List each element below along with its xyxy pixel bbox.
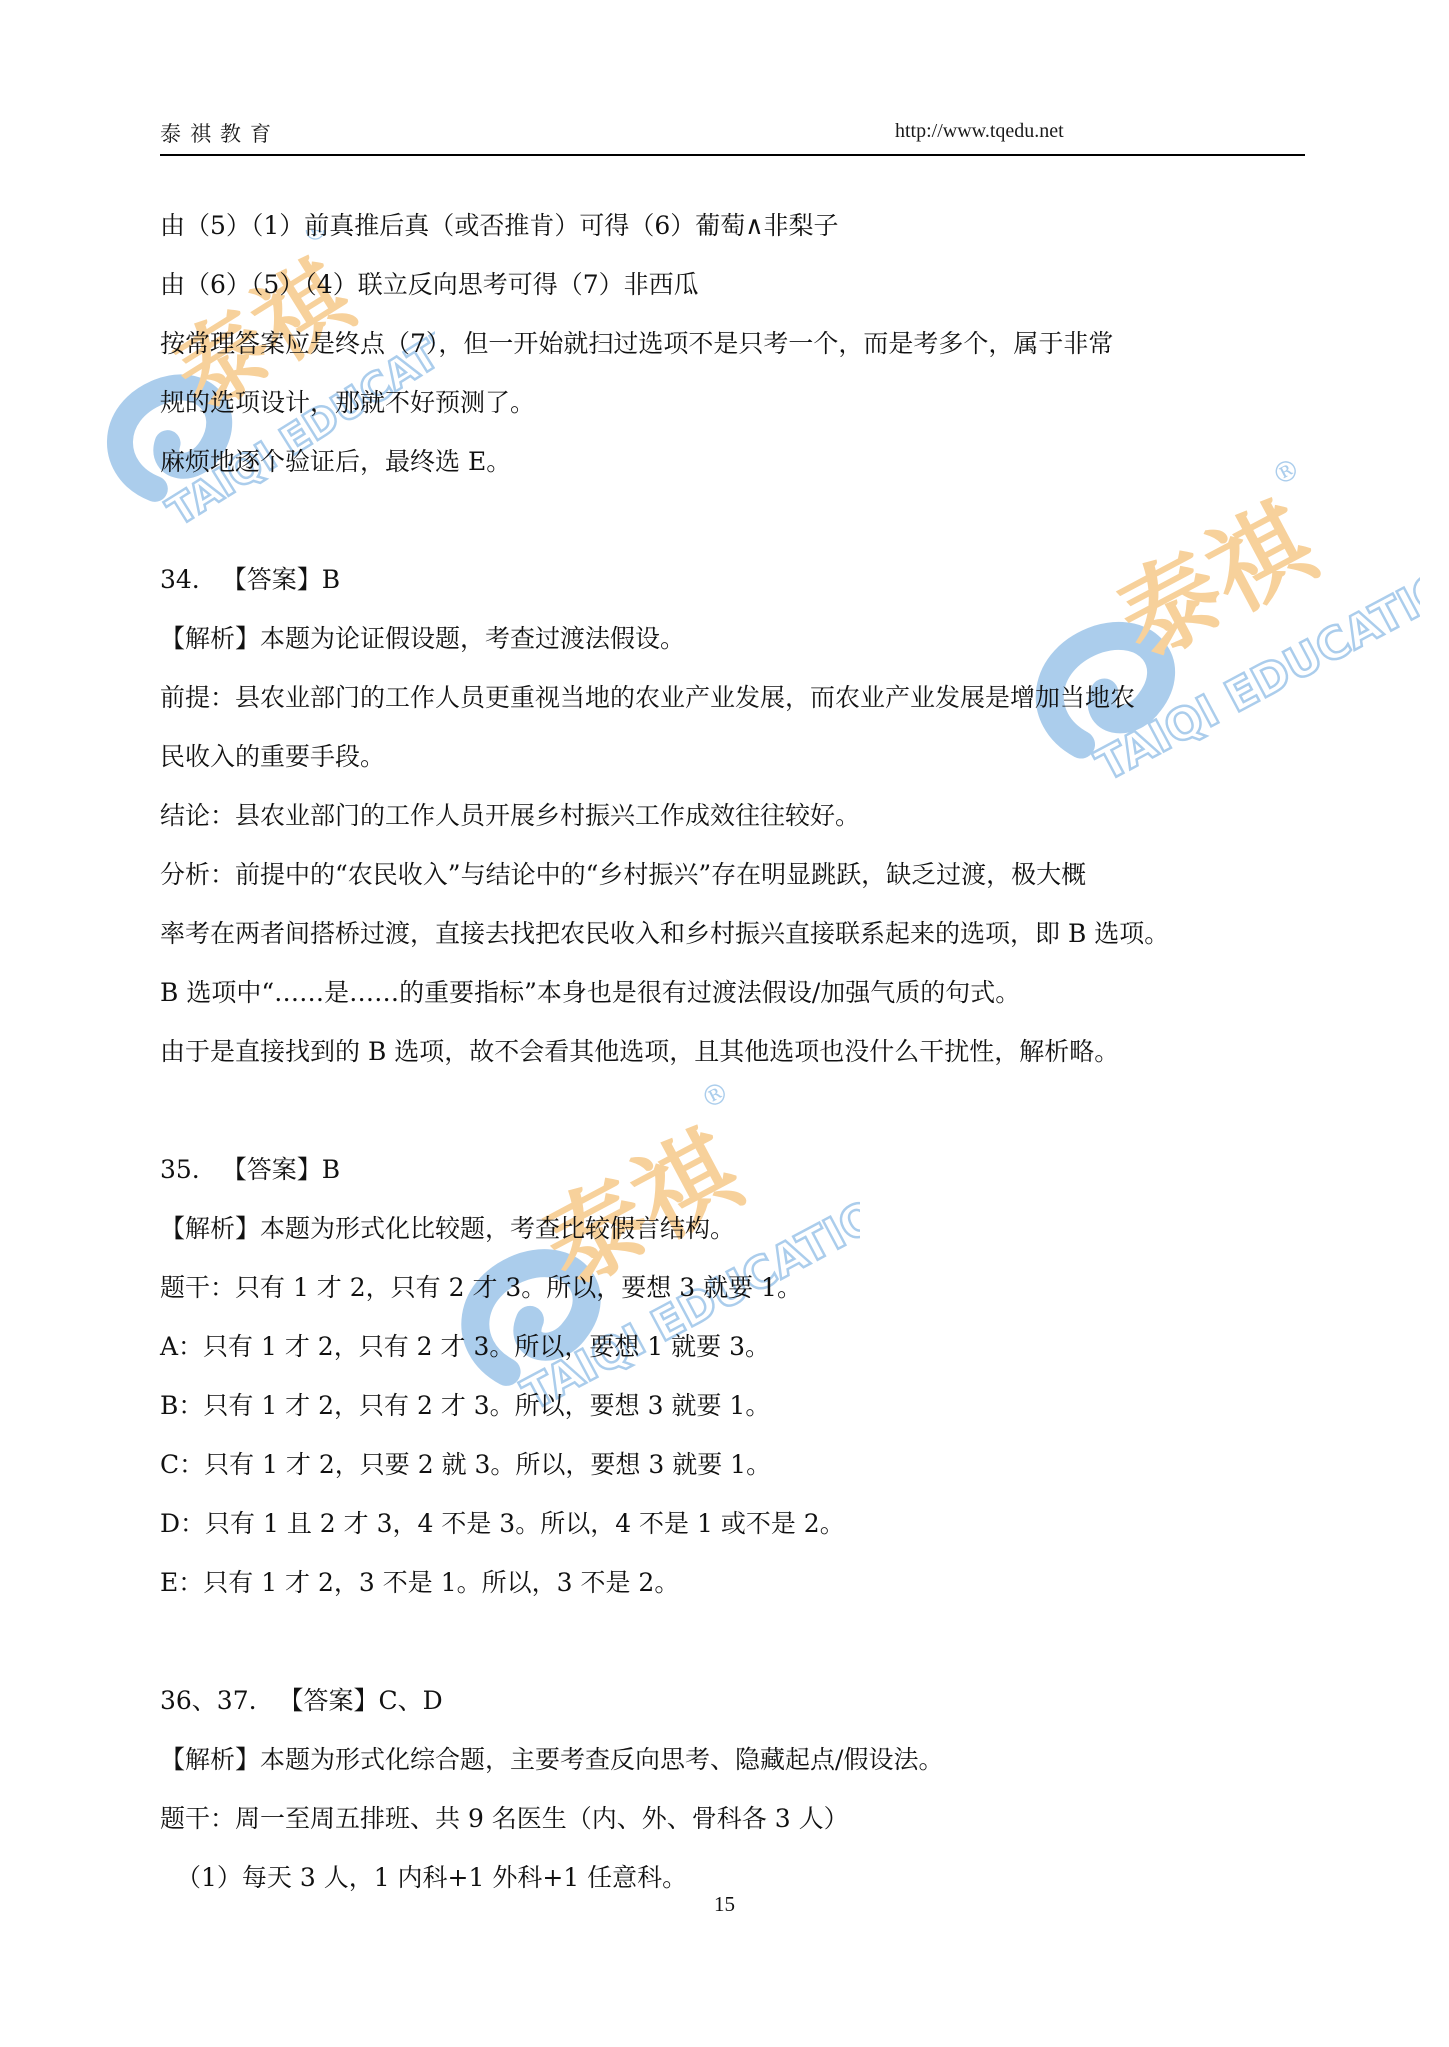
paragraph-line: 结论：县农业部门的工作人员开展乡村振兴工作成效往往较好。 bbox=[160, 786, 1310, 845]
analysis-line: 【解析】本题为论证假设题，考查过渡法假设。 bbox=[160, 609, 1310, 668]
option-e: E：只有 1 才 2，3 不是 1。所以，3 不是 2。 bbox=[160, 1553, 1310, 1612]
answer-label: 【答案】 bbox=[279, 1686, 379, 1715]
paragraph-line: 规的选项设计，那就不好预测了。 bbox=[160, 373, 1310, 432]
paragraph-line: 分析：前提中的“农民收入”与结论中的“乡村振兴”存在明显跳跃，缺乏过渡，极大概 bbox=[160, 845, 1310, 904]
analysis-line: 【解析】本题为形式化比较题，考查比较假言结构。 bbox=[160, 1199, 1310, 1258]
option-b: B：只有 1 才 2，只有 2 才 3。所以，要想 3 就要 1。 bbox=[160, 1376, 1310, 1435]
paragraph-line: 由（6）（5）（4）联立反向思考可得（7）非西瓜 bbox=[160, 255, 1310, 314]
stem-line: 题干：只有 1 才 2，只有 2 才 3。所以，要想 3 就要 1。 bbox=[160, 1258, 1310, 1317]
header-url[interactable]: http://www.tqedu.net bbox=[895, 120, 1064, 143]
paragraph-line: B 选项中“……是……的重要指标”本身也是很有过渡法假设/加强气质的句式。 bbox=[160, 963, 1310, 1022]
stem-line: 题干：周一至周五排班、共 9 名医生（内、外、骨科各 3 人） bbox=[160, 1789, 1310, 1848]
answer-line: 35. 【答案】B bbox=[160, 1140, 1310, 1199]
page-number: 15 bbox=[0, 1892, 1449, 1917]
analysis-label: 【解析】 bbox=[160, 1214, 260, 1243]
analysis-text: 本题为形式化综合题，主要考查反向思考、隐藏起点/假设法。 bbox=[260, 1745, 943, 1774]
option-c: C：只有 1 才 2，只要 2 就 3。所以，要想 3 就要 1。 bbox=[160, 1435, 1310, 1494]
analysis-line: 【解析】本题为形式化综合题，主要考查反向思考、隐藏起点/假设法。 bbox=[160, 1730, 1310, 1789]
answer-label: 【答案】 bbox=[222, 565, 322, 594]
analysis-text: 本题为论证假设题，考查过渡法假设。 bbox=[260, 624, 685, 653]
paragraph-line: 民收入的重要手段。 bbox=[160, 727, 1310, 786]
answer-value: B bbox=[322, 1155, 340, 1184]
question-number: 36、37. bbox=[160, 1686, 257, 1715]
answer-value: B bbox=[322, 565, 340, 594]
paragraph-line: 由（5）（1）前真推后真（或否推肯）可得（6）葡萄∧非梨子 bbox=[160, 196, 1310, 255]
header-org-name: 泰祺教育 bbox=[160, 118, 280, 148]
answer-line: 36、37. 【答案】C、D bbox=[160, 1671, 1310, 1730]
answer-line: 34. 【答案】B bbox=[160, 550, 1310, 609]
analysis-label: 【解析】 bbox=[160, 624, 260, 653]
paragraph-line: 麻烦地逐个验证后，最终选 E。 bbox=[160, 432, 1310, 491]
section-q34: 34. 【答案】B 【解析】本题为论证假设题，考查过渡法假设。 前提：县农业部门… bbox=[160, 550, 1310, 1081]
paragraph-line: 按常理答案应是终点（7），但一开始就扫过选项不是只考一个，而是考多个，属于非常 bbox=[160, 314, 1310, 373]
section-q36-37: 36、37. 【答案】C、D 【解析】本题为形式化综合题，主要考查反向思考、隐藏… bbox=[160, 1671, 1310, 1907]
paragraph-line: 率考在两者间搭桥过渡，直接去找把农民收入和乡村振兴直接联系起来的选项，即 B 选… bbox=[160, 904, 1310, 963]
question-number: 35. bbox=[160, 1155, 200, 1184]
paragraph-line: 由于是直接找到的 B 选项，故不会看其他选项，且其他选项也没什么干扰性，解析略。 bbox=[160, 1022, 1310, 1081]
section-gap bbox=[160, 491, 1310, 550]
answer-label: 【答案】 bbox=[222, 1155, 322, 1184]
section-gap bbox=[160, 1612, 1310, 1671]
option-d: D：只有 1 且 2 才 3，4 不是 3。所以，4 不是 1 或不是 2。 bbox=[160, 1494, 1310, 1553]
section-q35: 35. 【答案】B 【解析】本题为形式化比较题，考查比较假言结构。 题干：只有 … bbox=[160, 1140, 1310, 1612]
question-number: 34. bbox=[160, 565, 200, 594]
page-header: 泰祺教育 http://www.tqedu.net bbox=[160, 118, 1305, 158]
analysis-label: 【解析】 bbox=[160, 1745, 260, 1774]
analysis-text: 本题为形式化比较题，考查比较假言结构。 bbox=[260, 1214, 735, 1243]
section-q33-continuation: 由（5）（1）前真推后真（或否推肯）可得（6）葡萄∧非梨子 由（6）（5）（4）… bbox=[160, 196, 1310, 491]
section-gap bbox=[160, 1081, 1310, 1140]
option-a: A：只有 1 才 2，只有 2 才 3。所以，要想 1 就要 3。 bbox=[160, 1317, 1310, 1376]
paragraph-line: 前提：县农业部门的工作人员更重视当地的农业产业发展，而农业产业发展是增加当地农 bbox=[160, 668, 1310, 727]
document-body: 由（5）（1）前真推后真（或否推肯）可得（6）葡萄∧非梨子 由（6）（5）（4）… bbox=[160, 196, 1310, 1907]
header-divider bbox=[160, 154, 1305, 156]
answer-value: C、D bbox=[379, 1686, 443, 1715]
